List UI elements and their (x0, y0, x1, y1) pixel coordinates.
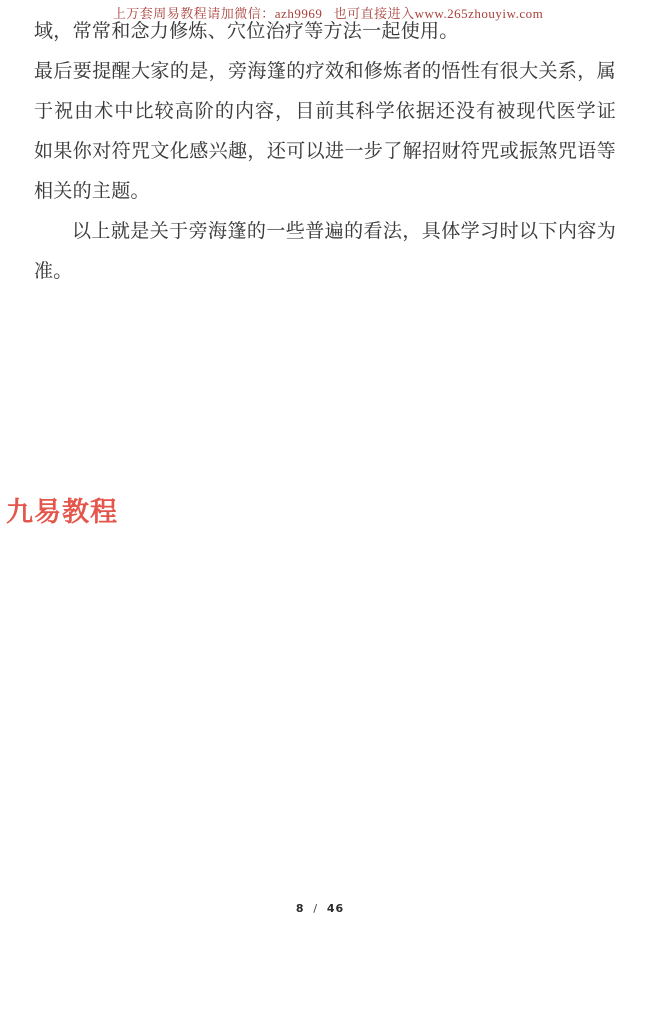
text-line: 最后要提醒大家的是，旁海篷的疗效和修炼者的悟性有很大关系，属 (34, 52, 616, 92)
document-body: 域，常常和念力修炼、穴位治疗等方法一起使用。 最后要提醒大家的是，旁海篷的疗效和… (34, 12, 616, 292)
total-page-count: 46 (327, 902, 344, 915)
document-page: 上万套周易教程请加微信：azh9969 也可直接进入www.265zhouyiw… (0, 0, 656, 1013)
text-line: 准。 (34, 252, 616, 292)
text-line: 相关的主题。 (34, 172, 616, 212)
site-watermark: 九易教程 (6, 490, 118, 529)
current-page-number: 8 (296, 902, 305, 915)
page-separator: / (313, 902, 318, 915)
text-line: 以上就是关于旁海篷的一些普遍的看法，具体学习时以下内容为 (34, 212, 616, 252)
text-line: 域，常常和念力修炼、穴位治疗等方法一起使用。 (34, 12, 616, 52)
page-indicator: 8 / 46 (0, 902, 640, 915)
text-line: 如果你对符咒文化感兴趣，还可以进一步了解招财符咒或振煞咒语等 (34, 132, 616, 172)
text-line: 于祝由术中比较高阶的内容，目前其科学依据还没有被现代医学证实。 (34, 92, 616, 132)
